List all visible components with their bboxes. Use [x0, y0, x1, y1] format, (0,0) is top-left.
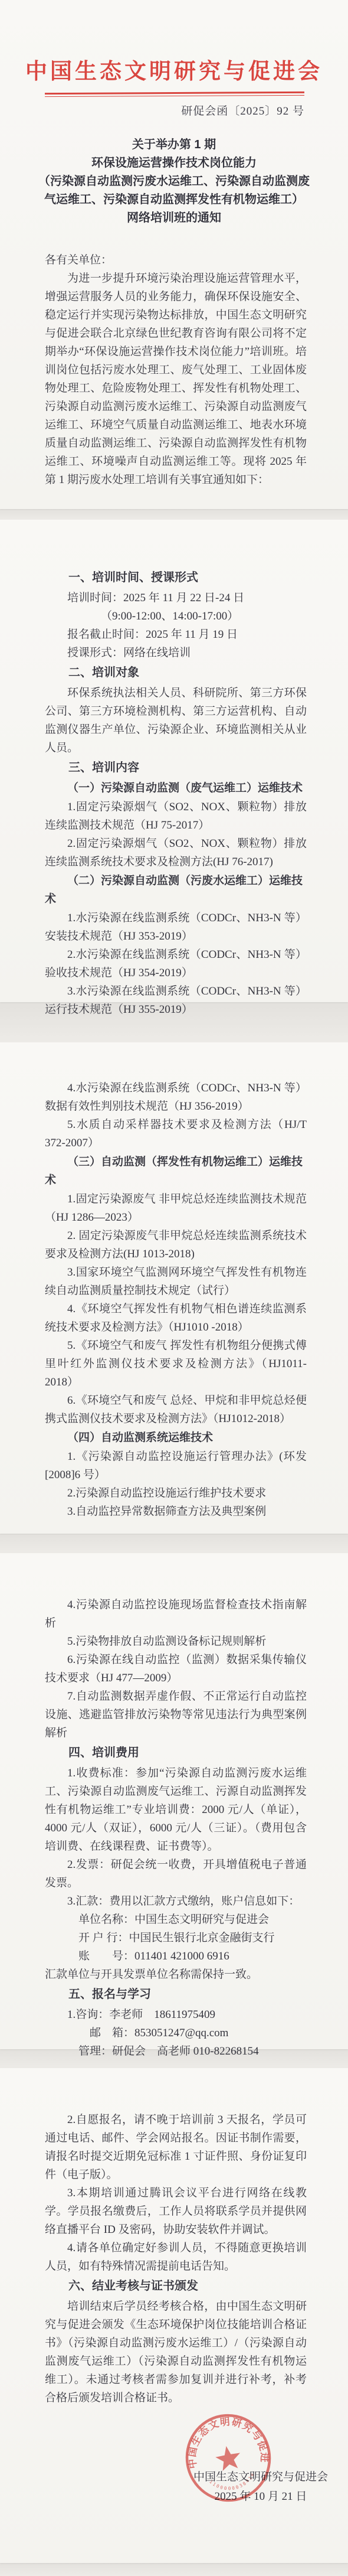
remittance-note-line: 汇款单位与开具发票单位名称需保持一致。 — [45, 1965, 307, 1984]
subheading-content-1: （一）污染源自动监测（废气运维工）运维技术 — [45, 779, 307, 797]
signature-date: 2025 年 10 月 21 日 — [193, 2487, 328, 2506]
list-item: 4.《环境空气挥发性有机物气相色谱连续监测系统技术要求及检测方法》（HJ1010… — [45, 1300, 307, 1336]
account-number-line: 账 号：011401 421000 6916 — [45, 1947, 307, 1965]
page-4: 4.污染源自动监控设施现场监督检查技术指南解析5.污染物排放自动监测设备标记规则… — [0, 1553, 348, 2049]
heading-training-target: 二、培训对象 — [45, 664, 307, 682]
list-item: 1.固定污染源烟气（SO2、NOX、颗粒物）排放连续监测技术规范（HJ 75-2… — [45, 798, 307, 834]
doc-number: 研促会函〔2025〕92 号 — [0, 96, 348, 120]
heading-assessment: 六、结业考核与证书颁发 — [45, 2277, 307, 2295]
page-1-body: 各有关单位：为进一步提升环境污染治理设施运营管理水平，增强运营服务人员的业务能力… — [0, 227, 348, 489]
intro-paragraph: 为进一步提升环境污染治理设施运营管理水平，增强运营服务人员的业务能力，确保环保设… — [45, 269, 307, 489]
page-2: 一、培训时间、授课形式培训时间：2025 年 11 月 22 日-24 日（9:… — [0, 520, 348, 1002]
page-5: 2.自愿报名，请不晚于培训前 3 天报名，学员可通过电话、邮件、学会网站报名。因… — [0, 2068, 348, 2563]
heading-registration: 五、报名与学习 — [45, 1985, 307, 2004]
list-item: 6.《环境空气和废气 总烃、甲烷和非甲烷总烃便携式监测仪技术要求及检测方法》（H… — [45, 1391, 307, 1428]
notice-title: 关于举办第 1 期环保设施运营操作技术岗位能力（污染源自动监测污废水运维工、污染… — [0, 136, 348, 227]
training-target-paragraph: 环保系统执法相关人员、科研院所、第三方环保公司、第三方环境检测机构、第三方运营机… — [45, 684, 307, 757]
page-2-body: 一、培训时间、授课形式培训时间：2025 年 11 月 22 日-24 日（9:… — [0, 520, 348, 1019]
letterhead-rule — [45, 92, 304, 96]
document-scroll[interactable]: 中国生态文明研究与促进会 研促会函〔2025〕92 号 关于举办第 1 期环保设… — [0, 0, 348, 2576]
list-item: 5.水质自动采样器技术要求及检测方法（HJ/T 372-2007） — [45, 1116, 307, 1152]
list-item: 2.固定污染源烟气（SO2、NOX、颗粒物）排放连续监测系统技术要求及检测方法(… — [45, 834, 307, 871]
training-time-line: 培训时间：2025 年 11 月 22 日-24 日 — [45, 589, 307, 607]
subheading-content-3: （三）自动监测（挥发性有机物运维工）运维技术 — [45, 1153, 307, 1189]
contact-admin-line: 管理：研促会 高老师 010-82268154 — [45, 2042, 307, 2060]
bank-name-line: 开 户 行：中国民生银行北京金融街支行 — [45, 1929, 307, 1947]
training-hours-line: （9:00-12:00、14:00-17:00） — [45, 607, 307, 625]
heading-training-fee: 四、培训费用 — [45, 1744, 307, 1762]
invoice-line: 2.发票：研促会统一收费，开具增值税电子普通发票。 — [45, 1856, 307, 1892]
page-3-body: 4.水污染源在线监测系统（CODCr、NH3-N 等）数据有效性判别技术规范（H… — [0, 1042, 348, 1521]
list-item: 7.自动监测数据弄虚作假、不正常运行自动监控设施、逃避监管排放污染物等常见违法行… — [45, 1687, 307, 1742]
registration-item-4: 4.请各单位确定好参训人员，不得随意更换培训人员，如有特殊情况需提前电话告知。 — [45, 2239, 307, 2275]
list-item: 4.水污染源在线监测系统（CODCr、NH3-N 等）数据有效性判别技术规范（H… — [45, 1079, 307, 1116]
list-item: 3.国家环境空气监测网环境空气挥发性有机物连续自动监测质量控制技术规定（试行） — [45, 1263, 307, 1300]
list-item: 2. 固定污染源废气非甲烷总烃连续监测系统技术要求及检测方法(HJ 1013-2… — [45, 1227, 307, 1263]
org-title: 中国生态文明研究与促进会 — [0, 58, 348, 86]
page-gap — [0, 509, 348, 520]
assessment-paragraph: 培训结束后学员经考核合格，由中国生态文明研究与促进会颁发《生态环境保护岗位技能培… — [45, 2297, 307, 2407]
signature-org: 中国生态文明研究与促进会 — [193, 2467, 328, 2487]
heading-training-content: 三、培训内容 — [45, 759, 307, 777]
letterhead: 中国生态文明研究与促进会 研促会函〔2025〕92 号 — [0, 0, 348, 120]
subheading-content-4: （四）自动监测系统运维技术 — [45, 1429, 307, 1447]
list-item: 6.污染源在线自动监控（监测）数据采集传输仪技术要求（HJ 477—2009） — [45, 1651, 307, 1687]
heading-training-time: 一、培训时间、授课形式 — [45, 569, 307, 587]
list-item: 5.污染物排放自动监测设备标记规则解析 — [45, 1632, 307, 1651]
page-3: 4.水污染源在线监测系统（CODCr、NH3-N 等）数据有效性判别技术规范（H… — [0, 1042, 348, 1534]
list-item: 4.污染源自动监控设施现场监督检查技术指南解析 — [45, 1596, 307, 1632]
registration-item-2: 2.自愿报名，请不晚于培训前 3 天报名，学员可通过电话、邮件、学会网站报名。因… — [45, 2111, 307, 2184]
salutation: 各有关单位： — [45, 251, 307, 269]
list-item: 1.《污染源自动监控设施运行管理办法》(环发[2008]6 号） — [45, 1447, 307, 1484]
contact-email-line: 邮 箱：853051247@qq.com — [45, 2024, 307, 2042]
signature-block: 中国生态文明研究与促进会 2025 年 10 月 21 日 — [193, 2467, 328, 2506]
account-name-line: 单位名称：中国生态文明研究与促进会 — [45, 1910, 307, 1929]
registration-item-3: 3.本期培训通过腾讯会议平台进行网络在线教学。学员报名缴费后，工作人员将联系学员… — [45, 2184, 307, 2239]
notice-title-line: 环保设施运营操作技术岗位能力 — [17, 154, 331, 172]
list-item: 2.污染源自动监控设施运行维护技术要求 — [45, 1484, 307, 1502]
contact-consult-line: 1.咨询：李老师 18611975409 — [45, 2006, 307, 2024]
list-item: 3.水污染源在线监测系统（CODCr、NH3-N 等）运行技术规范（HJ 355… — [45, 982, 307, 1019]
fee-standard-paragraph: 1.收费标准：参加“污染源自动监测污废水运维工、污染源自动监测废气运维工、污源自… — [45, 1764, 307, 1856]
teaching-format-line: 授课形式：网络在线培训 — [45, 644, 307, 662]
subheading-content-2: （二）污染源自动监测（污废水运维工）运维技术 — [45, 872, 307, 908]
remittance-line: 3.汇款：费用以汇款方式缴纳，账户信息如下： — [45, 1892, 307, 1910]
page-5-body: 2.自愿报名，请不晚于培训前 3 天报名，学员可通过电话、邮件、学会网站报名。因… — [0, 2068, 348, 2407]
registration-deadline-line: 报名截止时间：2025 年 11 月 19 日 — [45, 625, 307, 644]
list-item: 1.水污染源在线监测系统（CODCr、NH3-N 等）安装技术规范（HJ 353… — [45, 909, 307, 945]
notice-title-line: 气运维工、污染源自动监测挥发性有机物运维工） — [17, 191, 331, 209]
page-4-body: 4.污染源自动监控设施现场监督检查技术指南解析5.污染物排放自动监测设备标记规则… — [0, 1553, 348, 2060]
list-item: 1.固定污染源废气 非甲烷总烃连续监测技术规范 （HJ 1286—2023） — [45, 1190, 307, 1227]
page-1: 中国生态文明研究与促进会 研促会函〔2025〕92 号 关于举办第 1 期环保设… — [0, 0, 348, 509]
notice-title-line: （污染源自动监测污废水运维工、污染源自动监测废 — [17, 172, 331, 191]
list-item: 3.自动监控异常数据筛查方法及典型案例 — [45, 1502, 307, 1521]
page-gap — [0, 2563, 348, 2576]
notice-title-line: 网络培训班的通知 — [17, 209, 331, 227]
list-item: 5.《环境空气和废气 挥发性有机物组分便携式傅里叶红外监测仪技术要求及检测方法》… — [45, 1336, 307, 1391]
list-item: 2.水污染源在线监测系统（CODCr、NH3-N 等）验收技术规范（HJ 354… — [45, 945, 307, 982]
notice-title-line: 关于举办第 1 期 — [17, 136, 331, 154]
page-gap — [0, 1534, 348, 1553]
